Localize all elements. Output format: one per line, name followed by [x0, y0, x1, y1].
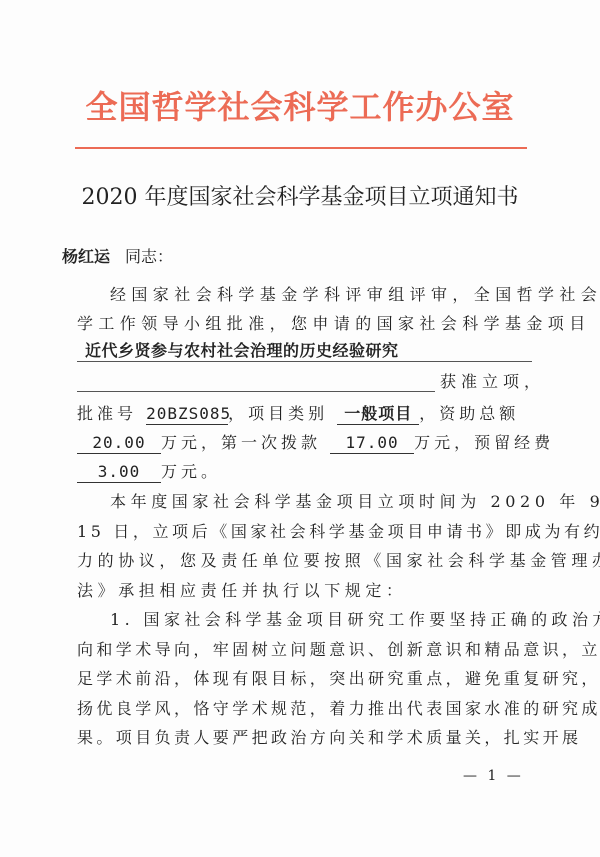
rule1-line-3: 足学术前沿，体现有限目标，突出研究重点，避免重复研究，弘	[77, 669, 532, 689]
reserved-line: 3.00万元。	[77, 462, 532, 483]
project-title-underline-2	[77, 391, 435, 392]
reserved-amount: 3.00	[77, 462, 161, 483]
letterhead-org-name: 全国哲学社会科学工作办公室	[0, 82, 600, 128]
category-label: ，项目类别	[228, 404, 328, 423]
approval-no: 20BZS085	[146, 404, 228, 425]
project-category: 一般项目	[337, 404, 419, 425]
total-amount: 20.00	[77, 433, 161, 454]
para2-line-4: 法》承担相应责任并执行以下规定：	[77, 581, 532, 601]
total-label: ，资助总额	[419, 404, 519, 423]
approval-no-label: 批准号	[77, 404, 137, 423]
rule1-line-1: 1. 国家社会科学基金项目研究工作要坚持正确的政治方	[110, 610, 565, 630]
letterhead-rule	[75, 147, 527, 149]
unit-3: 万元。	[161, 462, 221, 481]
approval-line: 批准号 20BZS085，项目类别 一般项目，资助总额	[77, 404, 532, 425]
rule1-line-4: 扬优良学风，恪守学术规范，着力推出代表国家水准的研究成	[77, 699, 532, 719]
document-title: 2020 年度国家社会科学基金项目立项通知书	[0, 180, 600, 211]
unit-2: 万元，预留经费	[414, 433, 554, 452]
funding-line: 20.00万元，第一次拨款 17.00万元，预留经费	[77, 433, 532, 454]
unit-1: 万元，第一次拨款	[161, 433, 321, 452]
intro-line-1: 经国家社会科学基金学科评审组评审，全国哲学社会科	[110, 285, 565, 305]
project-title: 近代乡贤参与农村社会治理的历史经验研究	[85, 341, 540, 361]
para2-line-3: 力的协议，您及责任单位要按照《国家社会科学基金管理办	[77, 551, 532, 571]
first-payment: 17.00	[330, 433, 414, 454]
rule1-line-2: 向和学术导向，牢固树立问题意识、创新意识和精品意识，立	[77, 640, 532, 660]
page-number: — 1 —	[463, 768, 524, 784]
approved-label: 获准立项，	[440, 372, 600, 392]
intro-line-2: 学工作领导小组批准，您申请的国家社会科学基金项目	[77, 314, 532, 334]
recipient-name: 杨红运	[62, 244, 110, 267]
rule1-line-5: 果。项目负责人要严把政治方向关和学术质量关，扎实开展	[77, 728, 532, 748]
para2-line-2: 15 日，立项后《国家社会科学基金项目申请书》即成为有约束	[77, 522, 532, 542]
salutation: 同志：	[125, 244, 173, 267]
para2-line-1: 本年度国家社会科学基金项目立项时间为 2020 年 9 月	[110, 492, 565, 512]
project-title-underline	[77, 361, 532, 362]
